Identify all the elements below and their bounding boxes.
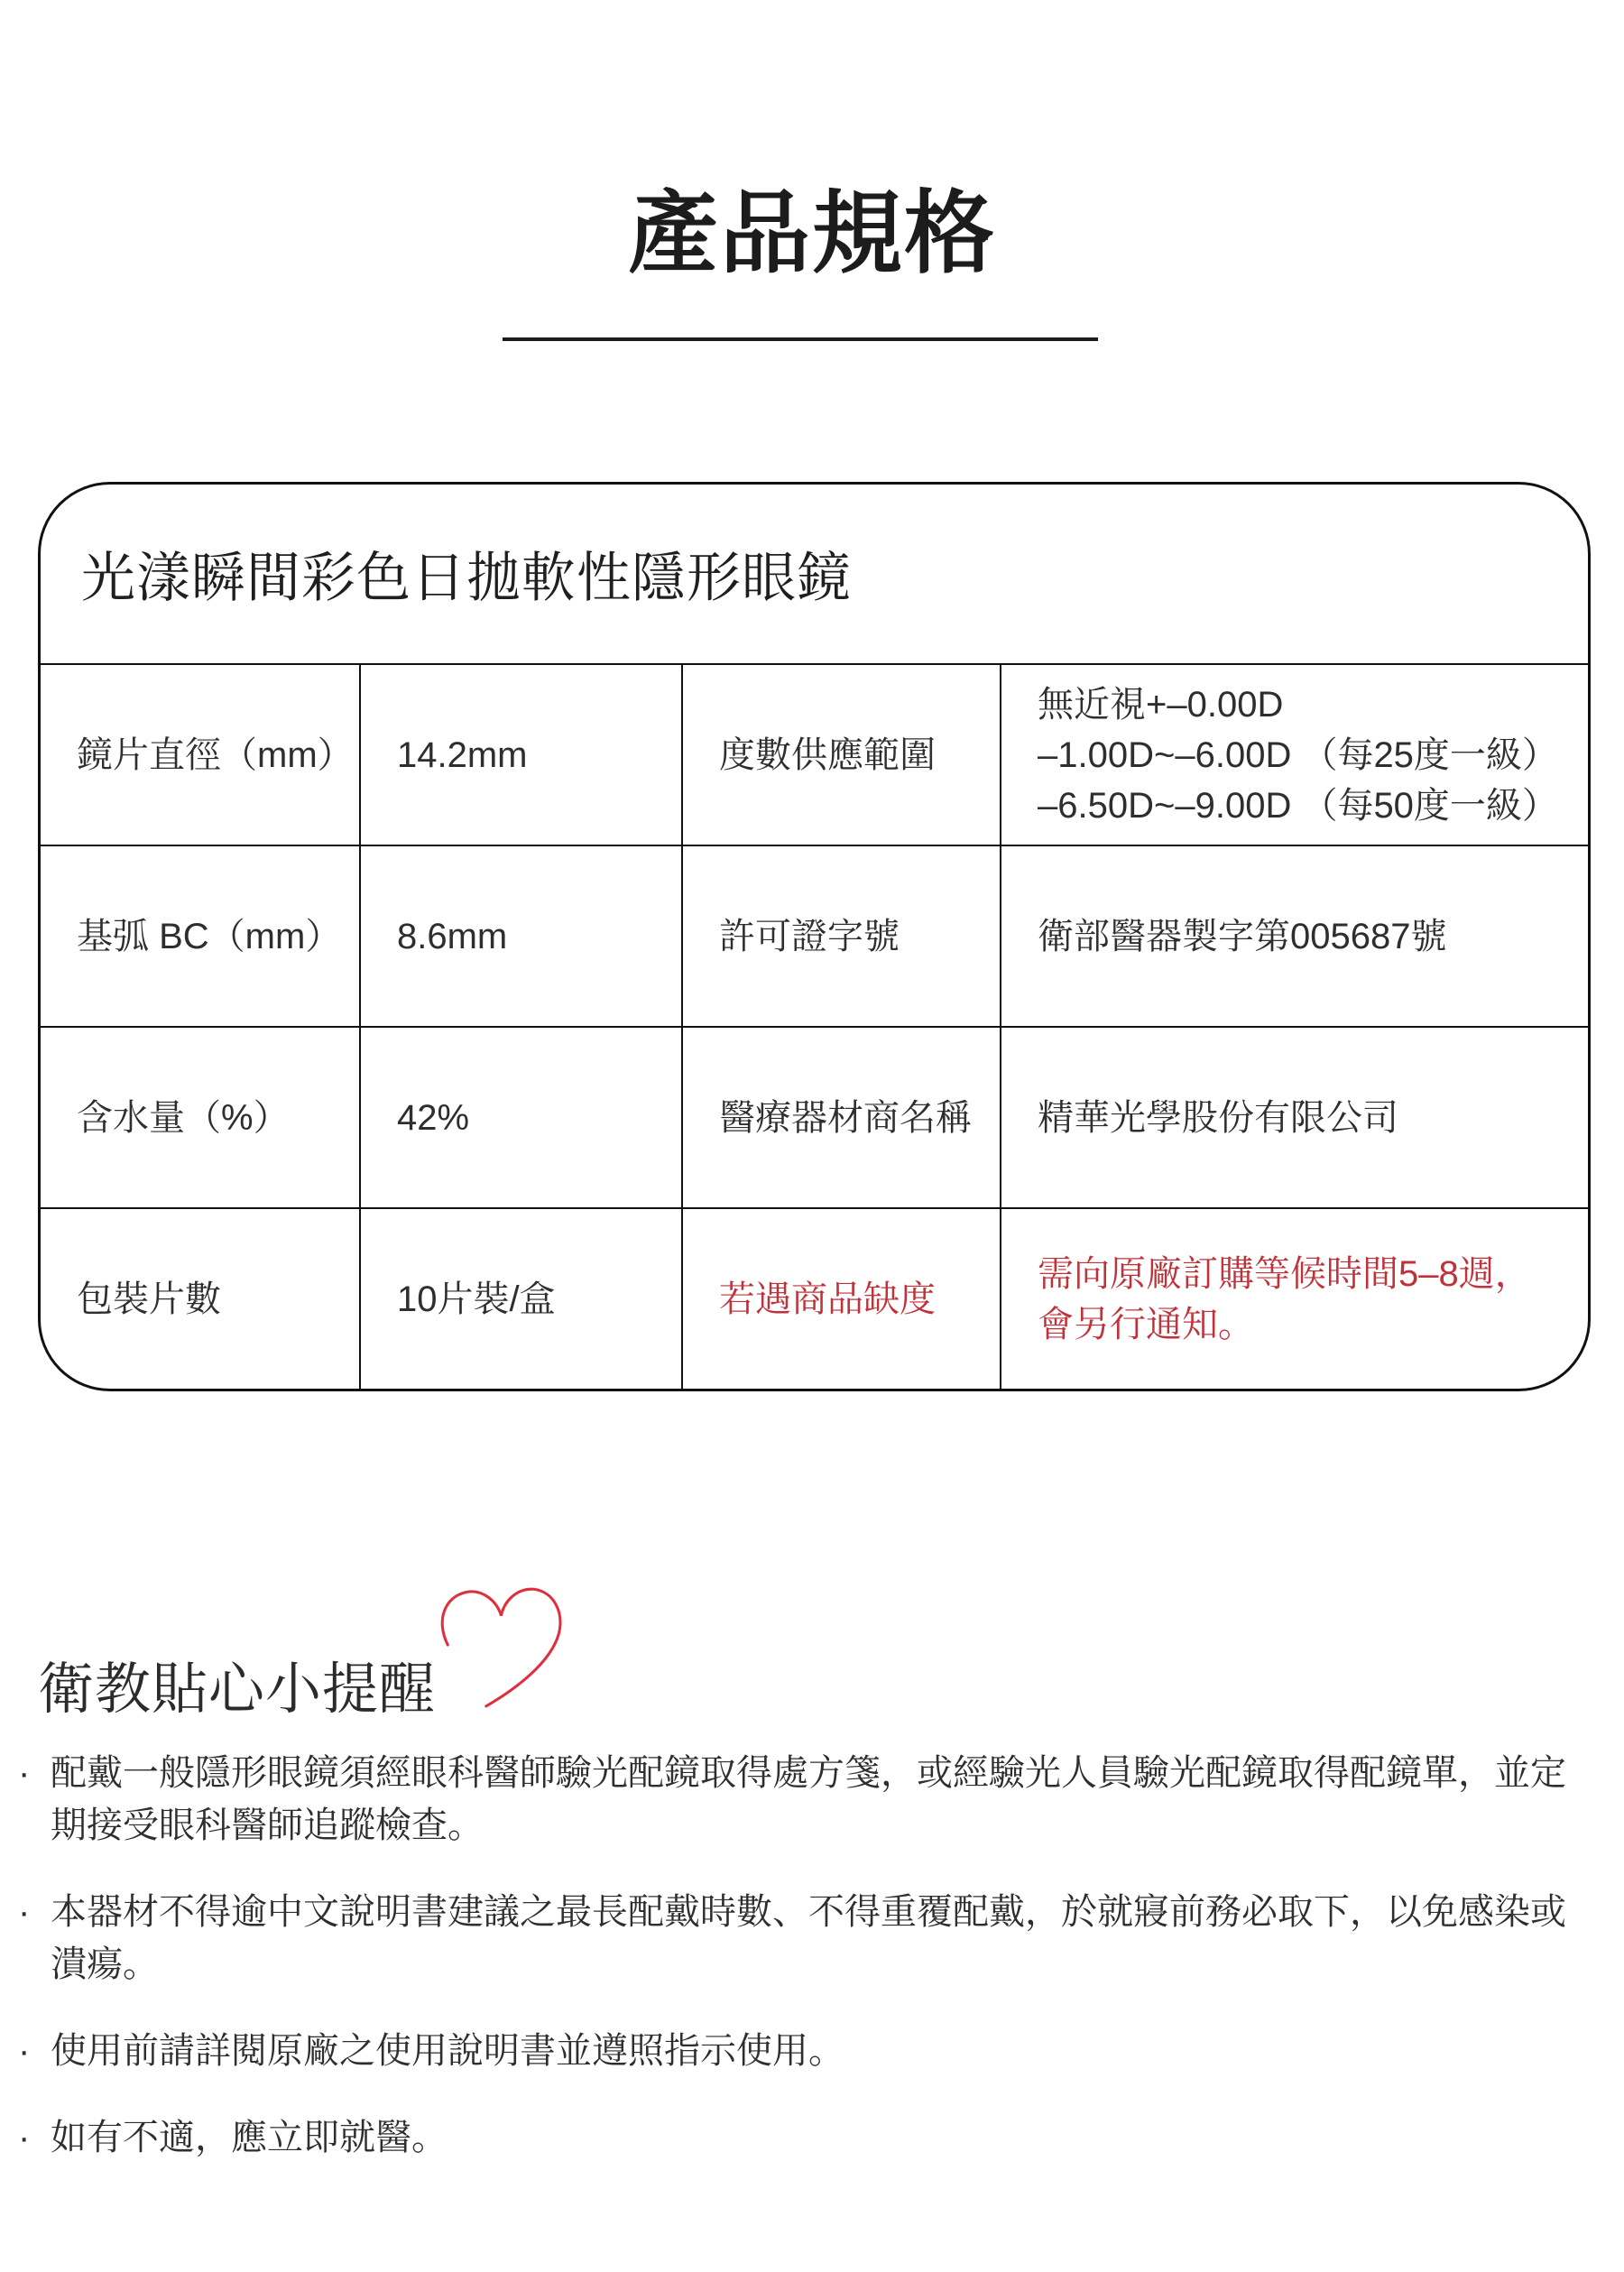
spec-label-text: 基弧 BC（mm） (77, 911, 341, 962)
bullet-marker: · (18, 2025, 51, 2077)
spec-table-header-row: 光漾瞬間彩色日拋軟性隱形眼鏡 (41, 485, 1588, 663)
table-row-pack-count: 包裝片數 10片裝/盒 若遇商品缺度 需向原廠訂購等候時間5–8週， 會另行通知… (41, 1207, 1588, 1389)
page-title: 產品規格 (0, 161, 1624, 291)
spec-table: 光漾瞬間彩色日拋軟性隱形眼鏡 鏡片直徑（mm） 14.2mm 度數供應範圍 無近… (38, 482, 1591, 1391)
spec-value-text: 8.6mm (397, 911, 663, 962)
spec-label-pack-count: 包裝片數 (41, 1209, 359, 1389)
list-item: · 本器材不得逾中文說明書建議之最長配戴時數、不得重覆配戴，於就寢前務必取下，以… (18, 1886, 1602, 1990)
list-item: · 使用前請詳閱原廠之使用說明書並遵照指示使用。 (18, 2025, 1602, 2077)
heart-outline-path (442, 1589, 560, 1706)
heart-outline-icon (431, 1581, 568, 1709)
spec-label-base-curve: 基弧 BC（mm） (41, 846, 359, 1026)
spec-label-power-range: 度數供應範圍 (681, 665, 1000, 845)
reminder-text-read-manual: 使用前請詳閱原廠之使用說明書並遵照指示使用。 (51, 2025, 1584, 2077)
spec-value-text: 42% (397, 1093, 663, 1143)
power-range-line-3: –6.50D~–9.00D （每50度一級） (1038, 780, 1570, 831)
spec-value-out-of-stock-note: 需向原廠訂購等候時間5–8週， 會另行通知。 (1000, 1209, 1588, 1389)
out-of-stock-label-text: 若遇商品缺度 (719, 1274, 982, 1325)
vendor-name-text: 精華光學股份有限公司 (1038, 1093, 1570, 1143)
out-of-stock-note-line-2: 會另行通知。 (1038, 1299, 1570, 1350)
reminder-list: · 配戴一般隱形眼鏡須經眼科醫師驗光配鏡取得處方箋，或經驗光人員驗光配鏡取得配鏡… (18, 1747, 1602, 2198)
spec-value-base-curve: 8.6mm (359, 846, 681, 1026)
spec-label-text: 鏡片直徑（mm） (77, 730, 341, 780)
spec-label-text: 醫療器材商名稱 (719, 1093, 982, 1143)
spec-label-text: 包裝片數 (77, 1274, 341, 1325)
spec-value-text: 14.2mm (397, 730, 663, 780)
reminder-heading: 衛教貼心小提醒 (38, 1644, 436, 1724)
spec-value-diameter: 14.2mm (359, 665, 681, 845)
table-row-base-curve: 基弧 BC（mm） 8.6mm 許可證字號 衛部醫器製字第005687號 (41, 845, 1588, 1026)
power-range-line-1: 無近視+–0.00D (1038, 679, 1570, 730)
reminder-text-wearing-time: 本器材不得逾中文說明書建議之最長配戴時數、不得重覆配戴，於就寢前務必取下，以免感… (51, 1886, 1584, 1990)
power-range-line-2: –1.00D~–6.00D （每25度一級） (1038, 730, 1570, 780)
spec-value-license-number: 衛部醫器製字第005687號 (1000, 846, 1588, 1026)
spec-label-text: 含水量（%） (77, 1093, 341, 1143)
spec-value-vendor-name: 精華光學股份有限公司 (1000, 1028, 1588, 1207)
product-spec-page: 產品規格 光漾瞬間彩色日拋軟性隱形眼鏡 鏡片直徑（mm） 14.2mm 度數供應… (0, 0, 1624, 2272)
spec-value-text: 10片裝/盒 (397, 1274, 663, 1325)
spec-value-pack-count: 10片裝/盒 (359, 1209, 681, 1389)
spec-label-vendor-name: 醫療器材商名稱 (681, 1028, 1000, 1207)
bullet-marker: · (18, 1747, 51, 1799)
spec-label-water-content: 含水量（%） (41, 1028, 359, 1207)
table-row-diameter: 鏡片直徑（mm） 14.2mm 度數供應範圍 無近視+–0.00D –1.00D… (41, 663, 1588, 845)
out-of-stock-note-line-1: 需向原廠訂購等候時間5–8週， (1038, 1249, 1570, 1299)
title-underline (503, 337, 1098, 341)
product-name: 光漾瞬間彩色日拋軟性隱形眼鏡 (81, 535, 852, 613)
reminder-text-see-doctor: 如有不適，應立即就醫。 (51, 2111, 1584, 2164)
bullet-marker: · (18, 2111, 51, 2164)
list-item: · 如有不適，應立即就醫。 (18, 2111, 1602, 2164)
list-item: · 配戴一般隱形眼鏡須經眼科醫師驗光配鏡取得處方箋，或經驗光人員驗光配鏡取得配鏡… (18, 1747, 1602, 1852)
spec-label-text: 許可證字號 (719, 911, 982, 962)
spec-label-diameter: 鏡片直徑（mm） (41, 665, 359, 845)
spec-label-out-of-stock: 若遇商品缺度 (681, 1209, 1000, 1389)
spec-value-power-range: 無近視+–0.00D –1.00D~–6.00D （每25度一級） –6.50D… (1000, 665, 1588, 845)
reminder-text-prescription: 配戴一般隱形眼鏡須經眼科醫師驗光配鏡取得處方箋，或經驗光人員驗光配鏡取得配鏡單，… (51, 1747, 1584, 1852)
table-row-water-content: 含水量（%） 42% 醫療器材商名稱 精華光學股份有限公司 (41, 1026, 1588, 1207)
license-number-text: 衛部醫器製字第005687號 (1038, 911, 1570, 962)
spec-label-license-number: 許可證字號 (681, 846, 1000, 1026)
spec-label-text: 度數供應範圍 (719, 730, 982, 780)
bullet-marker: · (18, 1886, 51, 1938)
spec-value-water-content: 42% (359, 1028, 681, 1207)
